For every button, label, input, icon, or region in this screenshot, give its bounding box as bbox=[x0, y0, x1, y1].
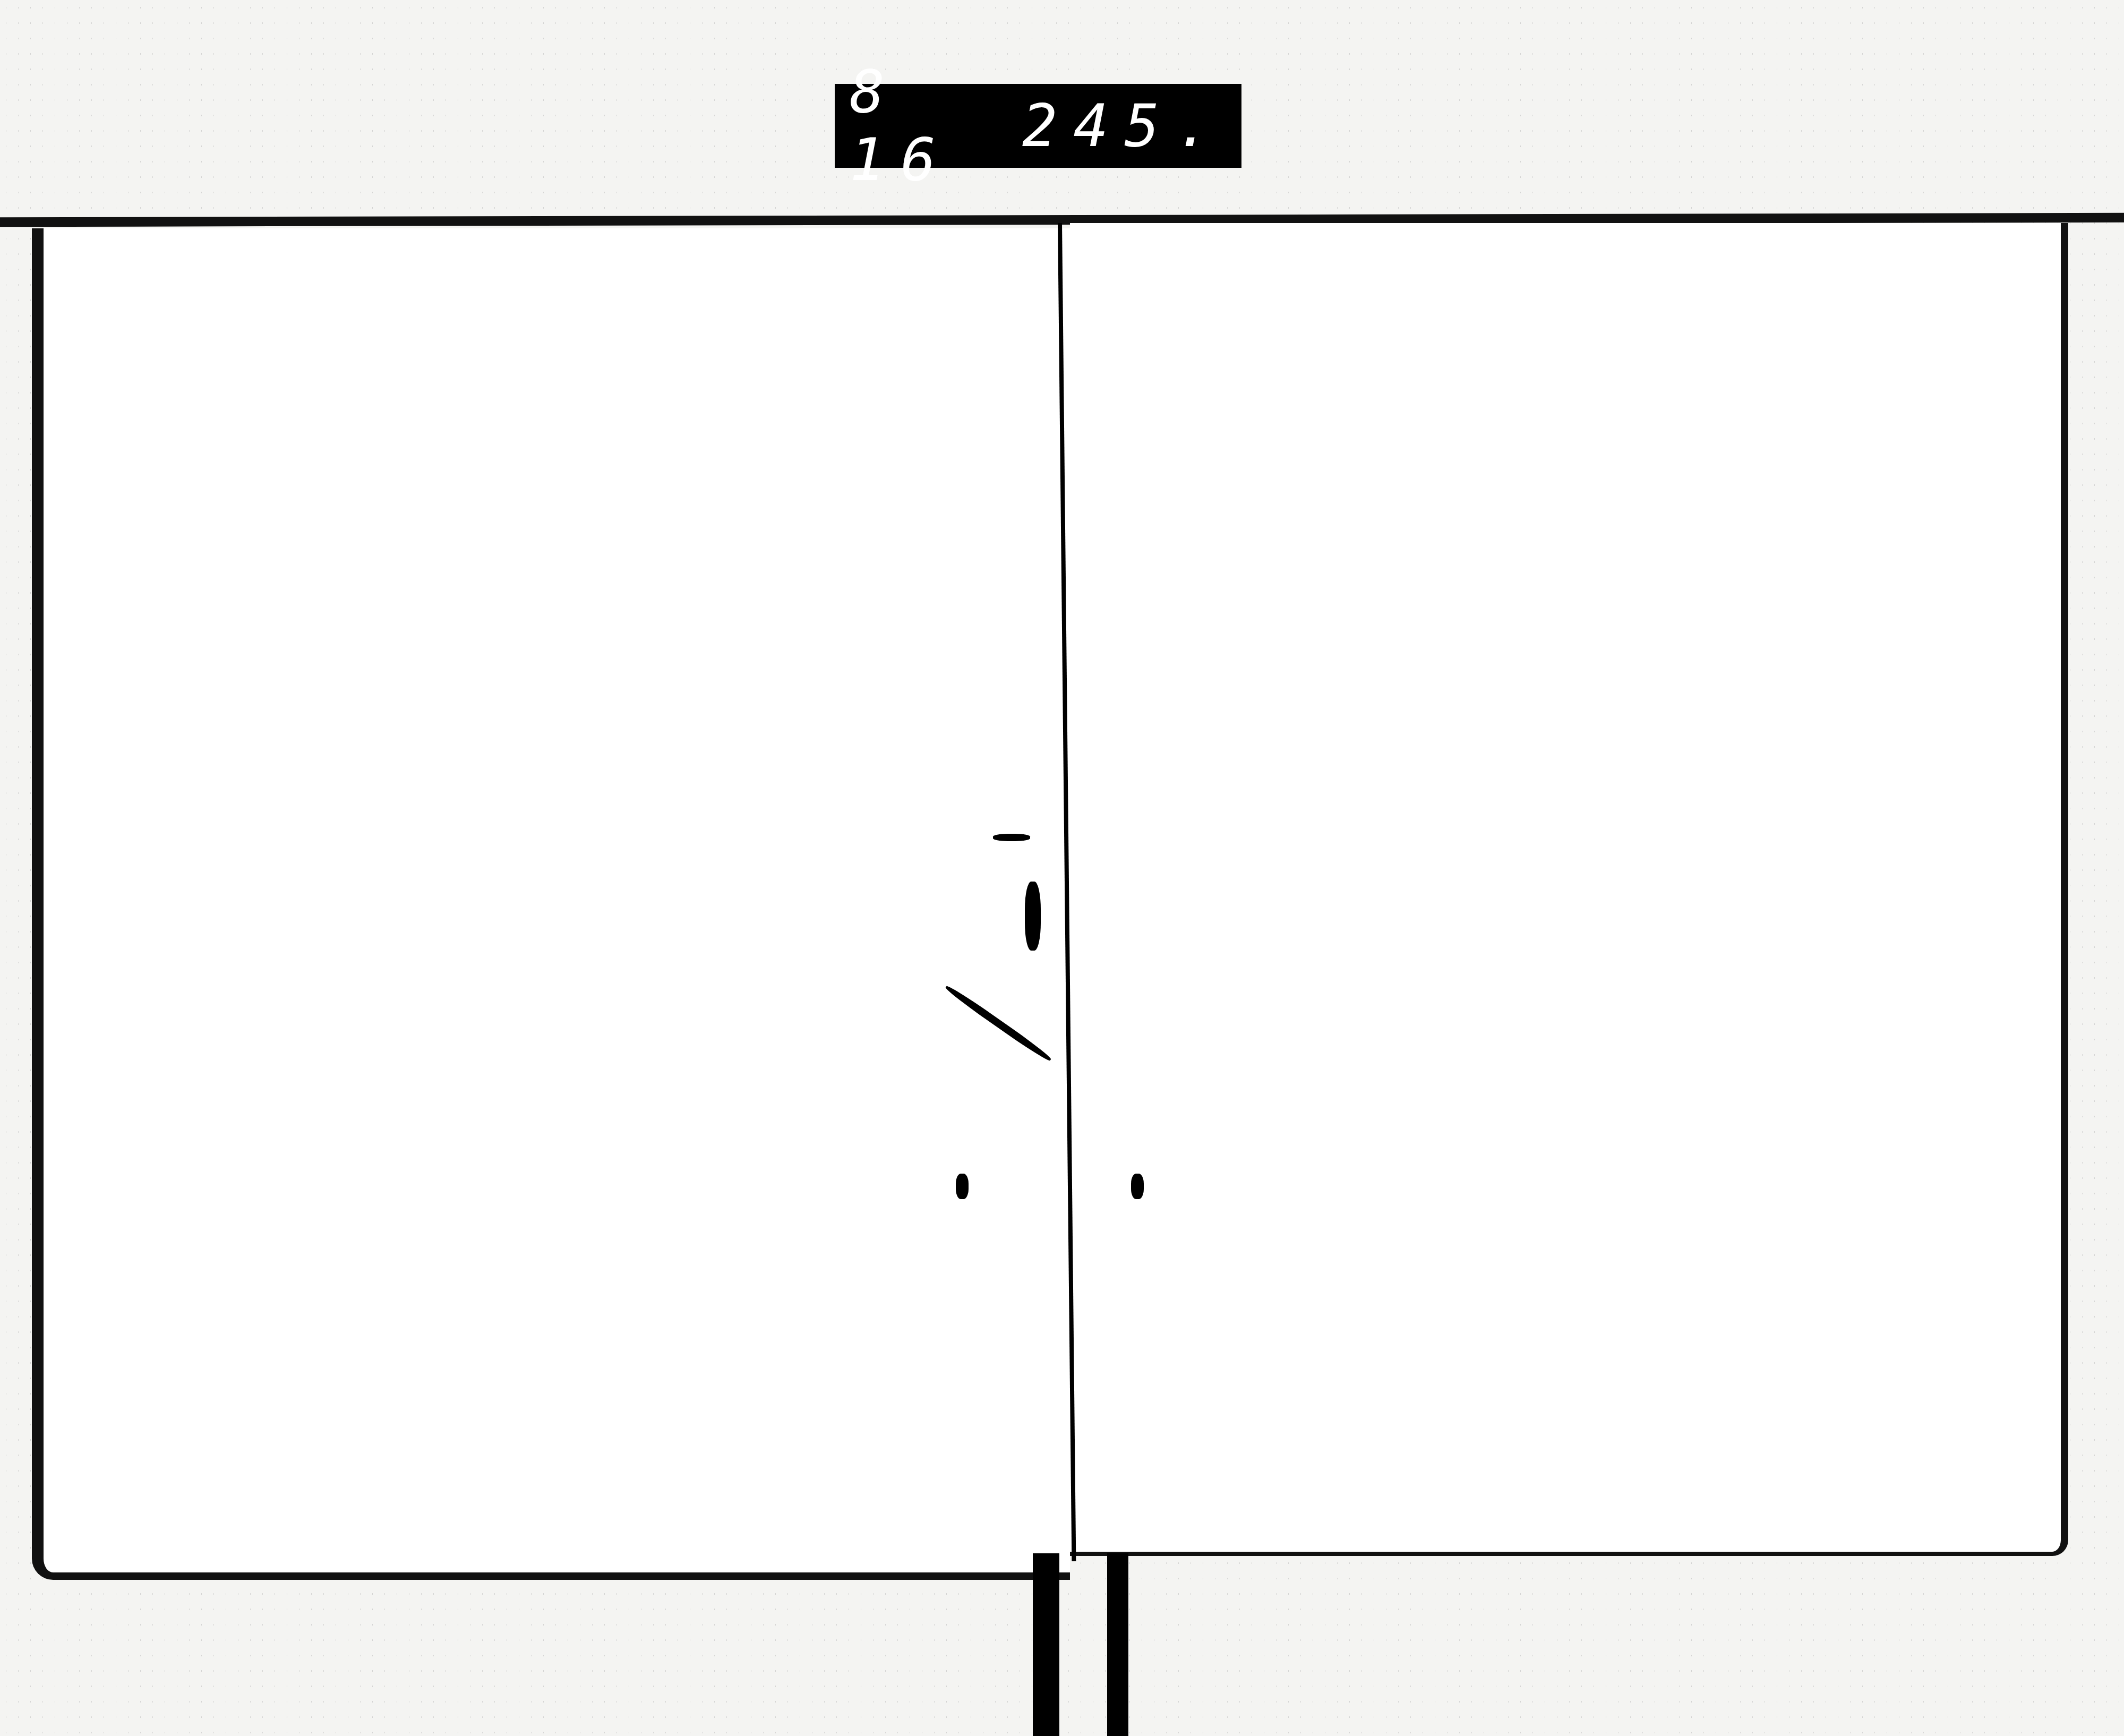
open-book bbox=[21, 223, 2071, 1583]
binding-mark bbox=[1025, 882, 1041, 951]
left-page bbox=[32, 228, 1070, 1580]
spine-strip bbox=[1033, 1553, 1059, 1736]
label-left-number: 8 16 bbox=[850, 58, 1022, 194]
binding-mark bbox=[993, 834, 1030, 841]
spine-strip bbox=[1107, 1553, 1128, 1736]
binding-mark bbox=[1131, 1174, 1144, 1199]
catalog-number-label: 8 16 245. bbox=[835, 84, 1241, 168]
binding-mark bbox=[956, 1174, 969, 1199]
label-right-number: 245. bbox=[1022, 92, 1227, 160]
right-page bbox=[1070, 223, 2068, 1556]
